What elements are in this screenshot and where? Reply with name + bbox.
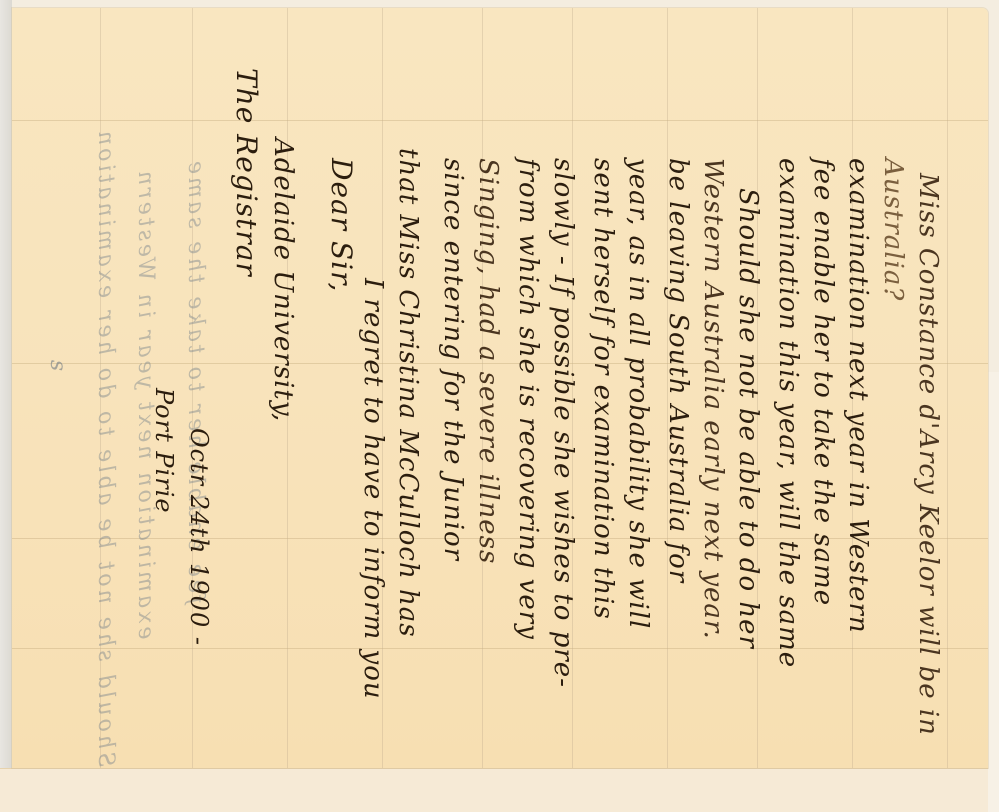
scanner-bed-left — [0, 0, 12, 812]
underlying-sheet-right — [988, 372, 999, 812]
body-line: Singing, had a severe illness — [473, 158, 503, 564]
body-line: examination next year in Western — [843, 158, 873, 634]
letter-place: Port Pirie — [150, 388, 178, 514]
body-line: from which she is recovering very — [513, 158, 543, 640]
recipient-title: The Registrar — [230, 68, 263, 277]
body-line: Australia? — [878, 158, 908, 301]
bleed-through-text: Should she not be able to do her examina… — [93, 128, 118, 767]
body-line: I regret to have to inform you — [358, 278, 388, 700]
rotated-writing: Should she not be able to do her examina… — [12, 8, 988, 768]
body-line: Western Australia early next year. — [698, 158, 728, 640]
body-line: Should she not be able to do her — [733, 188, 763, 649]
body-line: since entering for the Junior — [438, 158, 468, 561]
body-line: fee enable her to take the same — [808, 158, 838, 606]
body-line: examination this year, will the same — [773, 158, 803, 668]
body-line: that Miss Christina McCulloch has — [393, 148, 423, 638]
salutation: Dear Sir, — [325, 158, 358, 292]
recipient-institution: Adelaide University, — [268, 138, 298, 422]
body-line: sent herself for examination this — [588, 158, 618, 620]
letter-date: Octr 24th 1900 - — [185, 428, 213, 646]
body-line: slowly - If possible she wishes to pre- — [548, 158, 578, 688]
letter-sheet: s Should she not be able to do her exami… — [12, 8, 988, 768]
body-line: Miss Constance d'Arcy Keelor will be in — [913, 173, 943, 736]
body-line: be leaving South Australia for — [663, 158, 693, 583]
body-line: year, as in all probability she will — [623, 158, 653, 629]
underlying-sheet-bottom — [0, 768, 999, 812]
